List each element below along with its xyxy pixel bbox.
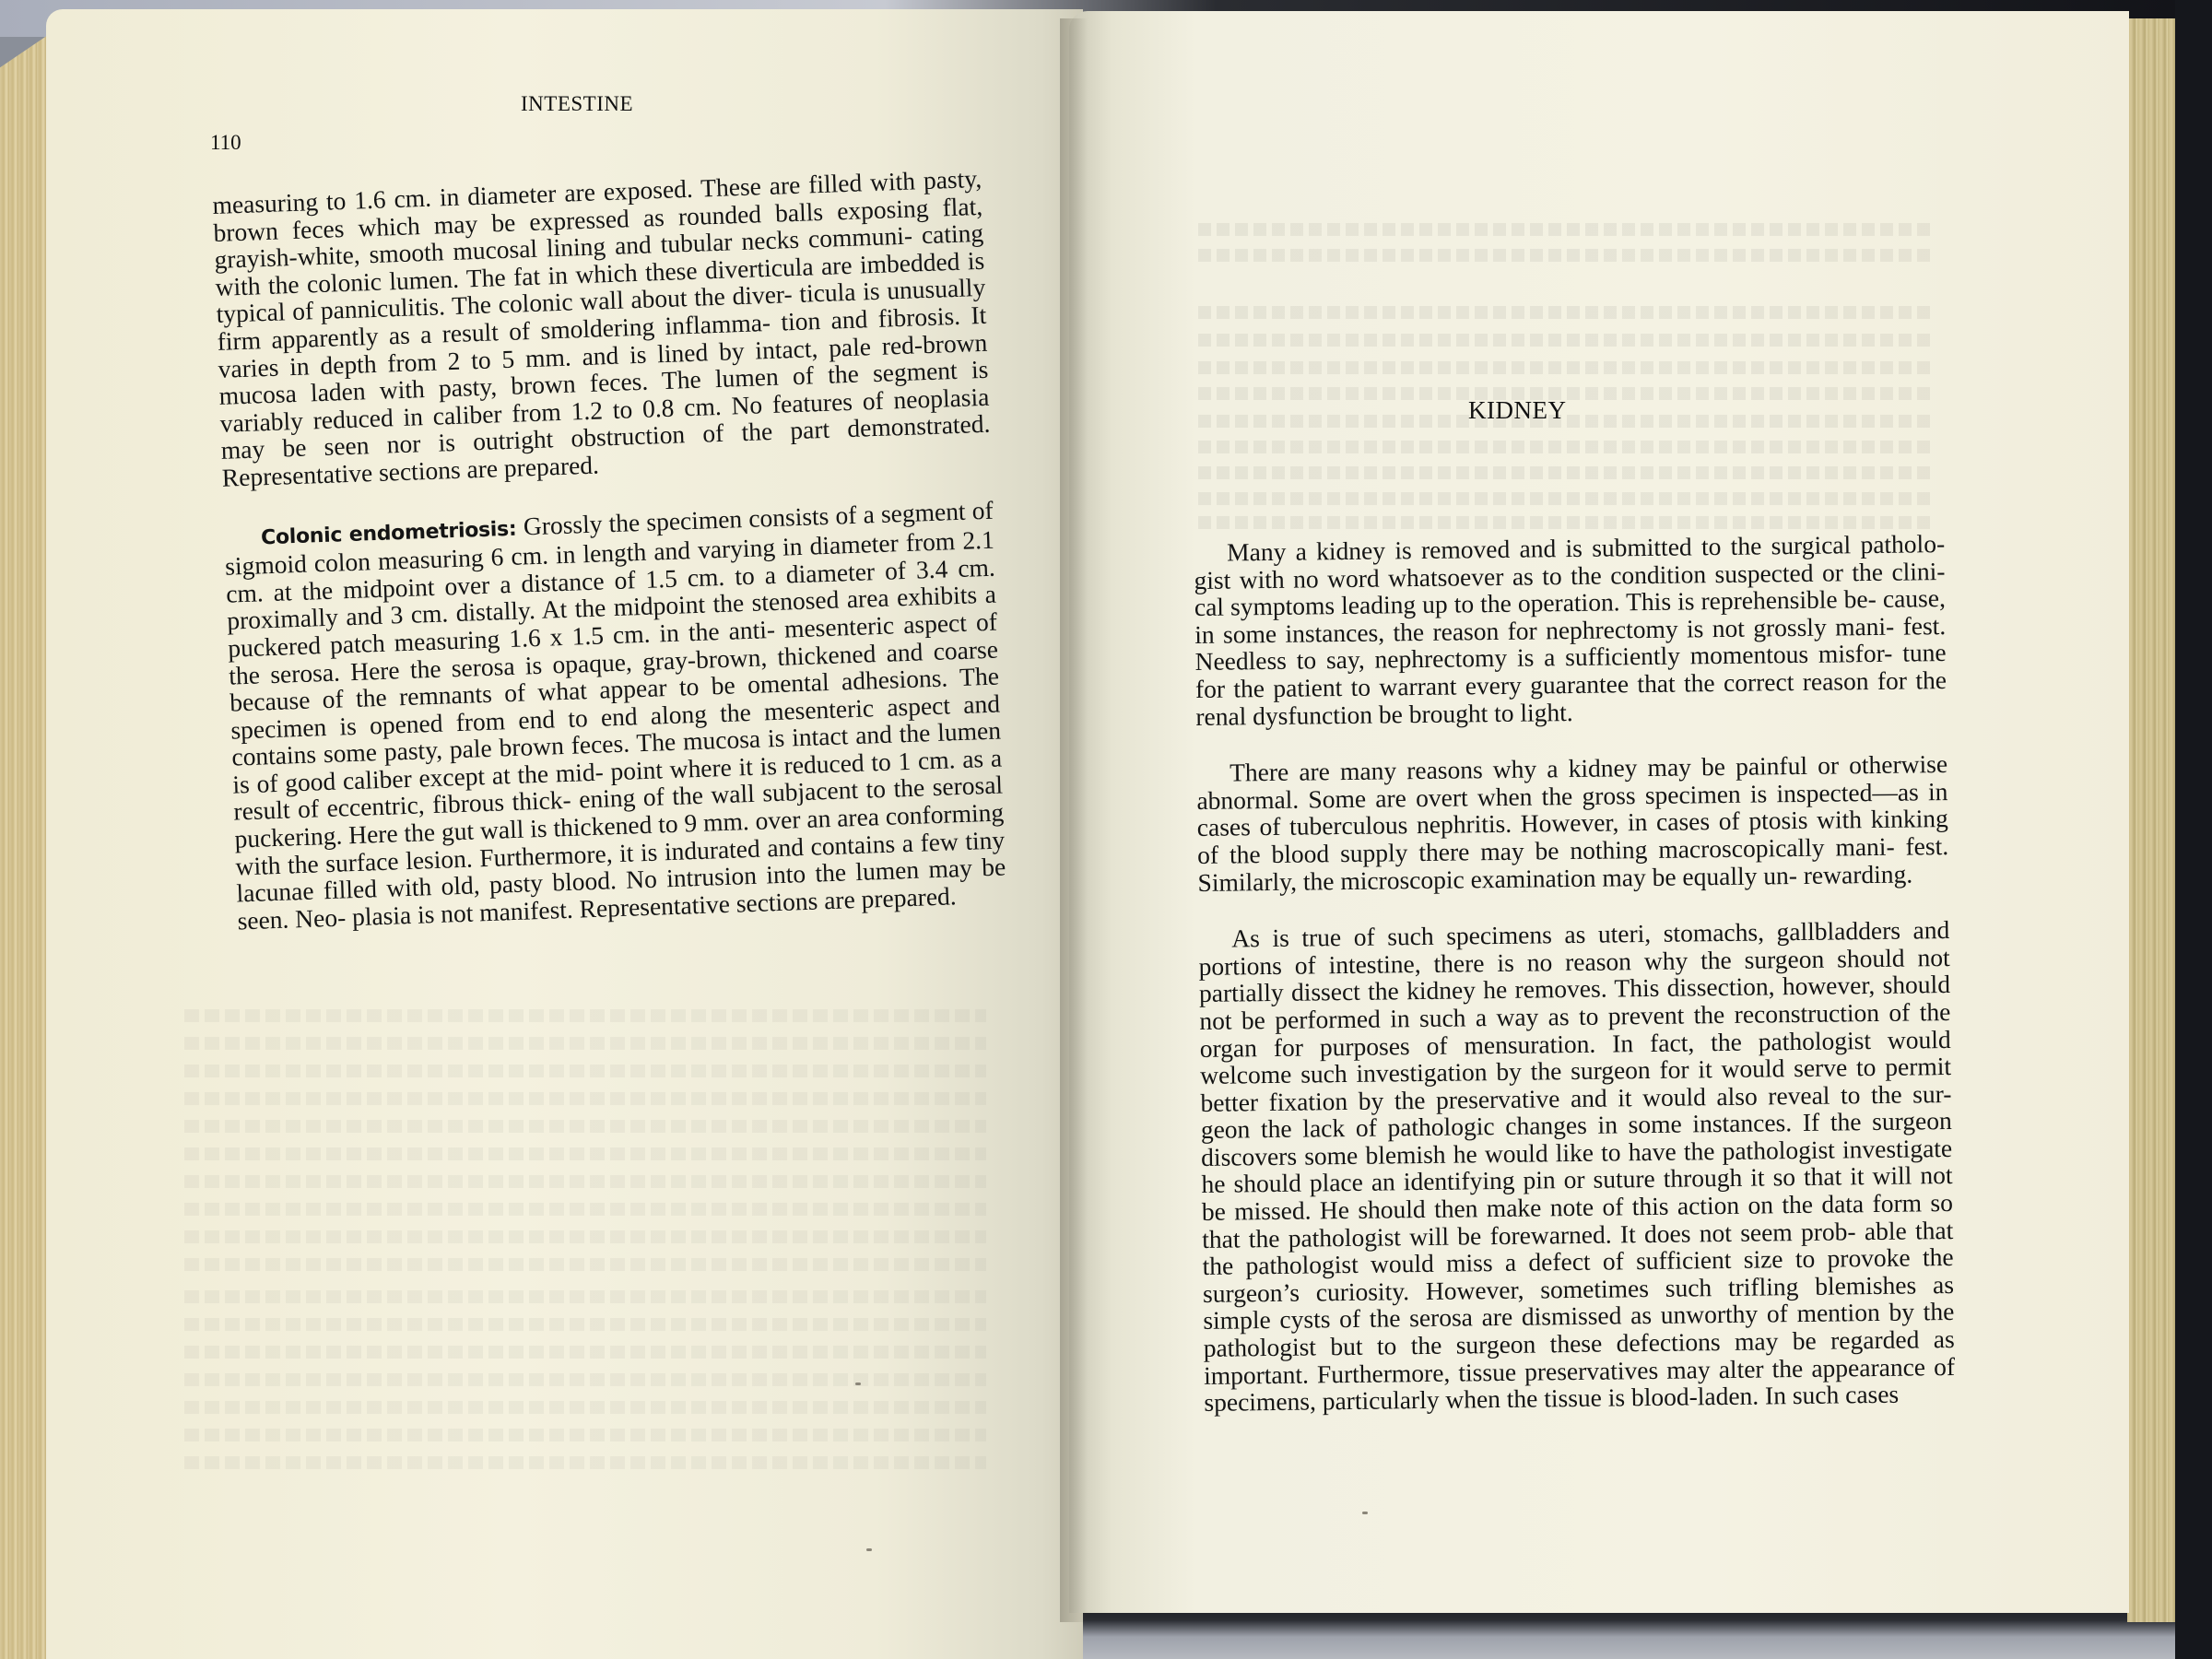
paragraph-reasons: There are many reasons why a kidney may … xyxy=(1196,750,1949,896)
running-head: INTESTINE xyxy=(521,92,633,116)
page-block-edge-right xyxy=(2127,18,2175,1622)
chapter-title: KIDNEY xyxy=(1468,396,1566,425)
paper-speck xyxy=(855,1382,861,1385)
paper-speck xyxy=(1362,1512,1368,1514)
page-number: 110 xyxy=(210,131,241,155)
paragraph-dissection: As is true of such specimens as uteri, s… xyxy=(1198,916,1955,1417)
right-page-body: Many a kidney is removed and is submitte… xyxy=(1194,530,1956,1446)
page-block-edge-left xyxy=(0,35,48,1659)
paragraph-intro: Many a kidney is removed and is submitte… xyxy=(1194,530,1947,730)
gutter-shadow xyxy=(1060,18,1088,1622)
paragraph-diverticula: measuring to 1.6 cm. in diameter are exp… xyxy=(212,165,992,491)
left-page-body: measuring to 1.6 cm. in diameter are exp… xyxy=(212,165,1007,935)
paragraph-colonic-endometriosis: Colonic endometriosis: Grossly the speci… xyxy=(224,496,1007,935)
book-cover-edge xyxy=(2175,0,2212,1659)
paper-speck xyxy=(866,1548,872,1551)
